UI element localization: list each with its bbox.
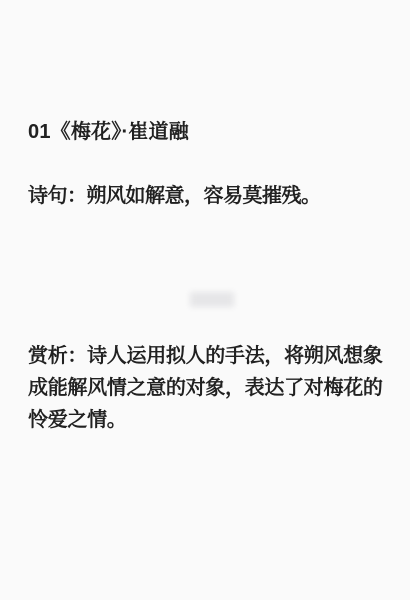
poem-title: 01《梅花》·崔道融 bbox=[28, 119, 189, 145]
poem-page: 01《梅花》·崔道融 诗句：朔风如解意，容易莫摧残。 赏析：诗人运用拟人的手法，… bbox=[0, 0, 410, 600]
analysis-line-3: 怜爱之情。 bbox=[28, 404, 390, 436]
analysis-line-2: 成能解风情之意的对象，表达了对梅花的 bbox=[28, 372, 390, 404]
analysis-line-1: 赏析：诗人运用拟人的手法，将朔风想象 bbox=[28, 340, 390, 372]
watermark bbox=[190, 292, 234, 307]
poem-analysis: 赏析：诗人运用拟人的手法，将朔风想象 成能解风情之意的对象，表达了对梅花的 怜爱… bbox=[28, 340, 390, 436]
poem-verse-line: 诗句：朔风如解意，容易莫摧残。 bbox=[28, 183, 321, 209]
